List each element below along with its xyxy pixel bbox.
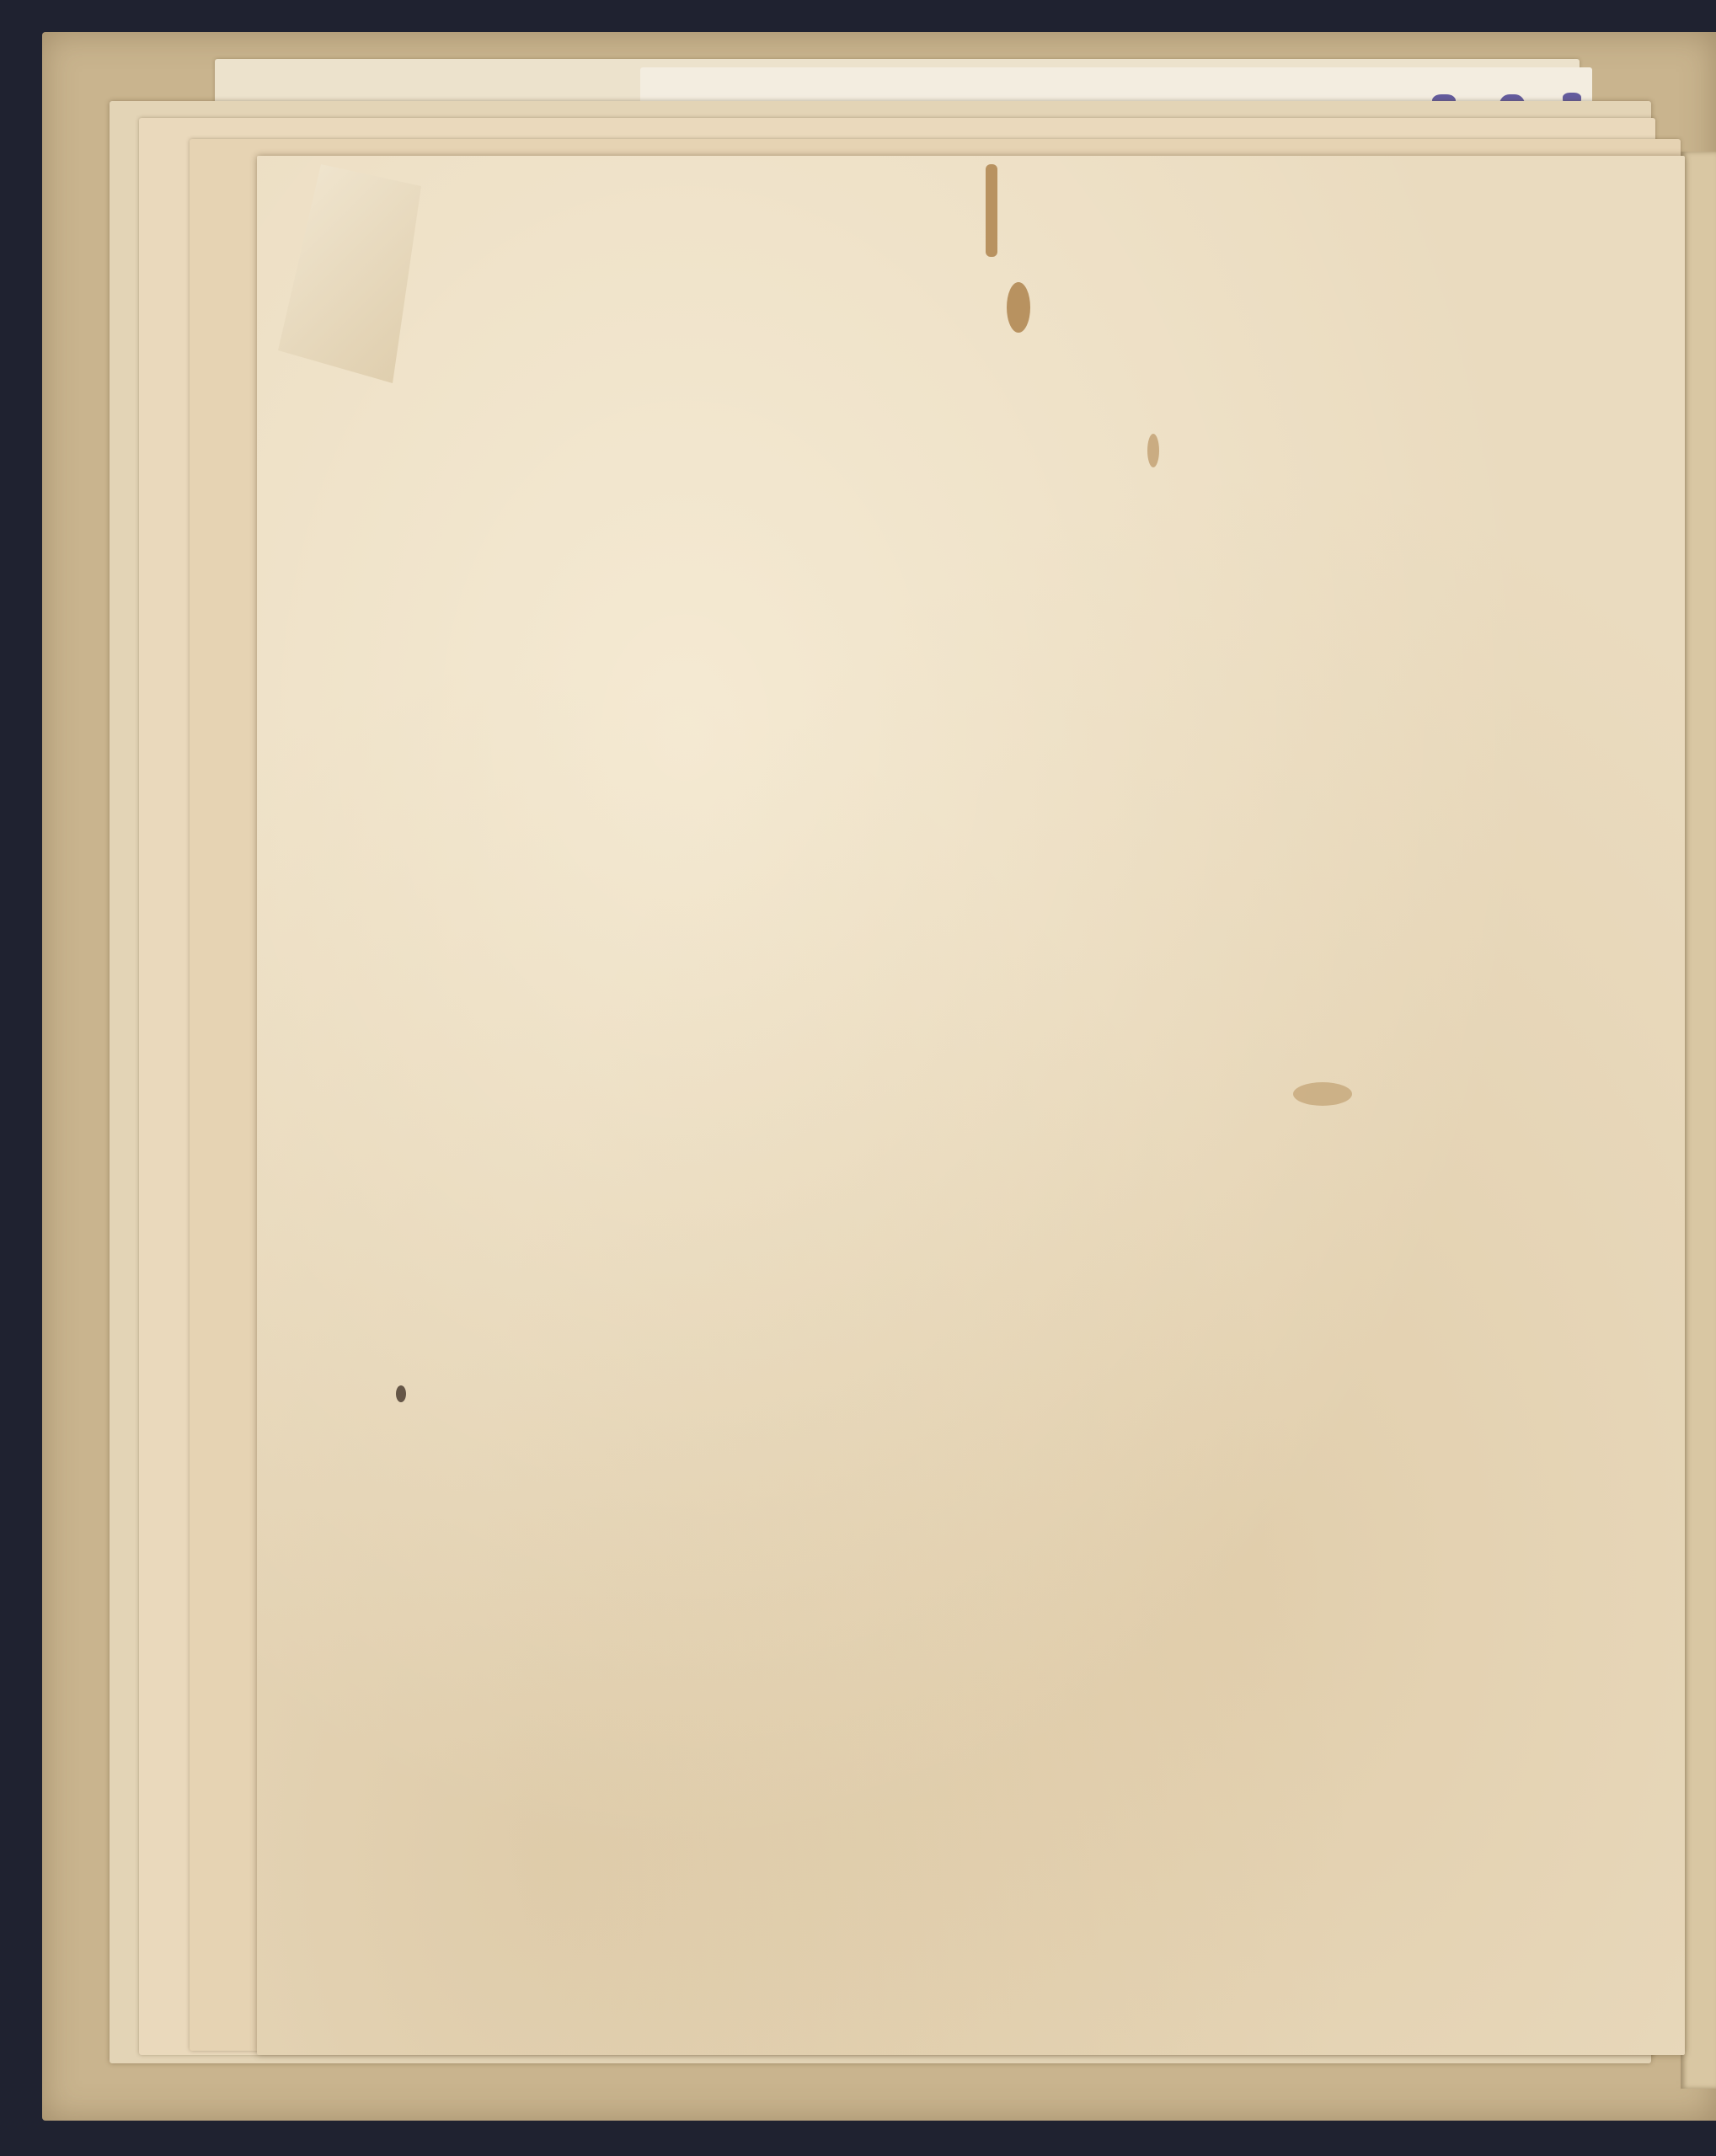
main-page: [257, 156, 1685, 2055]
stain-drip: [986, 164, 997, 257]
folder-spine: [1681, 152, 1716, 2089]
stain-spot: [1293, 1082, 1352, 1106]
dark-speck: [396, 1385, 406, 1402]
stain-spot: [1147, 434, 1159, 467]
stain-spot: [1007, 282, 1030, 333]
